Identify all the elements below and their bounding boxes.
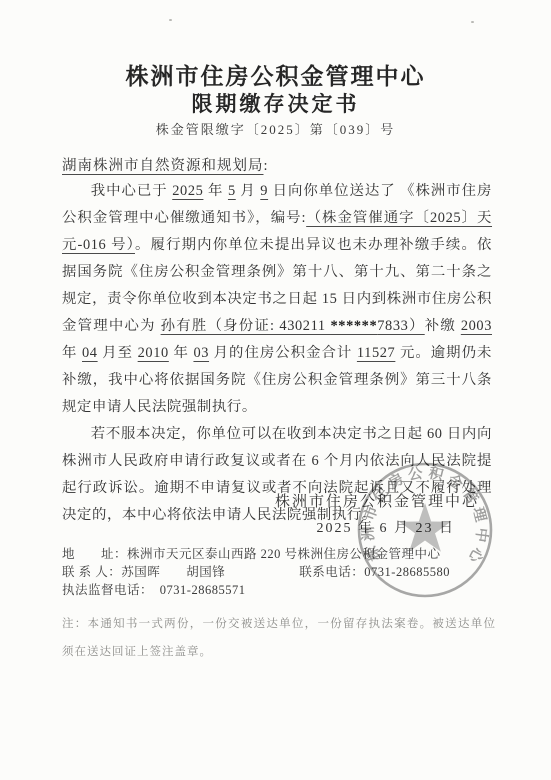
address-label: 地 址： [62,547,127,561]
document-title-org: 株洲市住房公积金管理中心 [0,58,551,91]
phone-value: 0731-28685580 [364,565,450,579]
recipient-colon: : [264,158,268,174]
footer-note: 注：本通知书一式两份，一份交被送达单位，一份留存执法案卷。被送达单位须在送达回证… [62,610,496,666]
document-number: 株金管限缴字〔2025〕第〔039〕号 [0,119,551,138]
address-value: 株洲市天元区泰山西路 220 号株洲住房公积金管理中心 [127,547,441,561]
phone-group: 联系电话：0731-28685580 [299,563,450,581]
contact-block: 地 址：株洲市天元区泰山西路 220 号株洲住房公积金管理中心 联 系 人：苏国… [62,545,502,599]
address-line: 地 址：株洲市天元区泰山西路 220 号株洲住房公积金管理中心 [62,545,502,563]
phone-label: 联系电话： [299,565,364,579]
scan-speck [471,21,474,23]
document-title-type: 限期缴存决定书 [0,88,551,118]
signoff-date: 2025 年 6 月 23 日 [317,517,456,537]
body-paragraph-1: 我中心已于 2025 年 5 月 9 日向你单位送达了 《株洲市住房公积金管理中… [62,178,492,421]
contact-names: 苏国晖 胡国锋 [121,563,225,581]
contact-person-line: 联 系 人：苏国晖 胡国锋 联系电话：0731-28685580 [62,563,502,581]
recipient-line: 湖南株洲市自然资源和规划局: [62,154,492,175]
contact-label: 联 系 人： [62,563,121,581]
body-paragraph-2: 若不服本决定，你单位可以在收到本决定书之日起 60 日内向株洲市人民政府申请行政… [62,421,492,529]
supervise-value: 0731-28685571 [160,583,246,597]
supervise-label: 执法监督电话： [62,583,147,597]
signoff-org-name: 株洲市住房公积金管理中心 [275,490,479,511]
recipient-name: 湖南株洲市自然资源和规划局 [62,158,264,174]
supervision-phone-line: 执法监督电话： 0731-28685571 [62,581,502,599]
scan-speck [169,19,172,21]
scanned-document-page: { "header": { "title_line1": "株洲市住房公积金管理… [0,0,551,780]
document-page: 株洲市住房公积金管理中心 限期缴存决定书 株金管限缴字〔2025〕第〔039〕号… [0,0,551,780]
body-text: 我中心已于 2025 年 5 月 9 日向你单位送达了 《株洲市住房公积金管理中… [62,178,492,529]
